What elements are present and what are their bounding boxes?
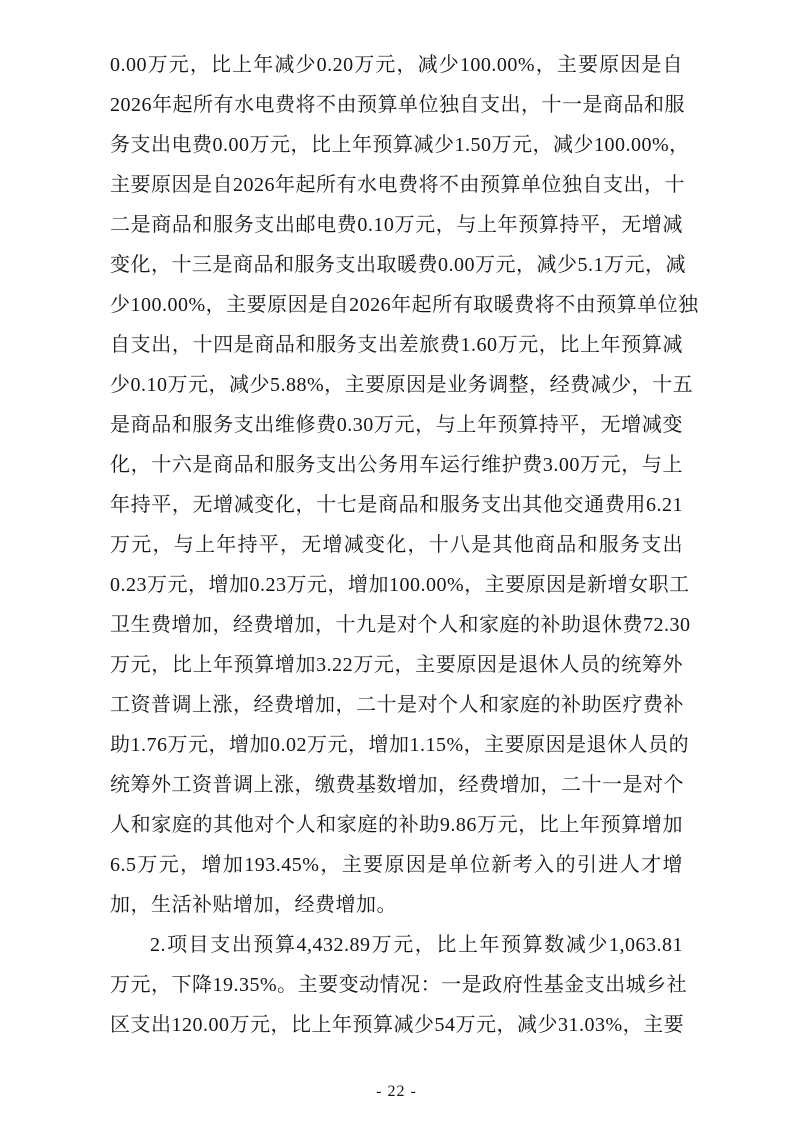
text-line: 2.项目支出预算4,432.89万元，比上年预算数减少1,063.81	[110, 925, 683, 965]
page-footer: - 22 -	[0, 1082, 793, 1102]
text-line: 万元，比上年预算增加3.22万元，主要原因是退休人员的统筹外	[110, 645, 683, 685]
text-line: 卫生费增加，经费增加，十九是对个人和家庭的补助退休费72.30	[110, 605, 683, 645]
text-line: 少100.00%，主要原因是自2026年起所有取暖费将不由预算单位独	[110, 285, 683, 325]
text-line: 0.23万元，增加0.23万元，增加100.00%，主要原因是新增女职工	[110, 565, 683, 605]
document-page: 0.00万元，比上年减少0.20万元，减少100.00%，主要原因是自2026年…	[0, 0, 793, 1122]
document-body: 0.00万元，比上年减少0.20万元，减少100.00%，主要原因是自2026年…	[110, 45, 683, 1045]
text-line: 主要原因是自2026年起所有水电费将不由预算单位独自支出，十	[110, 165, 683, 205]
text-line: 少0.10万元，减少5.88%，主要原因是业务调整，经费减少，十五	[110, 365, 683, 405]
text-line: 万元，下降19.35%。主要变动情况：一是政府性基金支出城乡社	[110, 965, 683, 1005]
text-line: 是商品和服务支出维修费0.30万元，与上年预算持平，无增减变	[110, 405, 683, 445]
text-line: 0.00万元，比上年减少0.20万元，减少100.00%，主要原因是自	[110, 45, 683, 85]
text-line: 务支出电费0.00万元，比上年预算减少1.50万元，减少100.00%，	[110, 125, 683, 165]
text-line: 区支出120.00万元，比上年预算减少54万元，减少31.03%，主要	[110, 1005, 683, 1045]
text-line: 年持平，无增减变化，十七是商品和服务支出其他交通费用6.21	[110, 485, 683, 525]
text-line: 人和家庭的其他对个人和家庭的补助9.86万元，比上年预算增加	[110, 805, 683, 845]
text-line: 工资普调上涨，经费增加，二十是对个人和家庭的补助医疗费补	[110, 685, 683, 725]
text-line: 6.5万元，增加193.45%，主要原因是单位新考入的引进人才增	[110, 845, 683, 885]
text-line: 万元，与上年持平，无增减变化，十八是其他商品和服务支出	[110, 525, 683, 565]
text-line: 统筹外工资普调上涨，缴费基数增加，经费增加，二十一是对个	[110, 765, 683, 805]
text-line: 化，十六是商品和服务支出公务用车运行维护费3.00万元，与上	[110, 445, 683, 485]
text-line: 加，生活补贴增加，经费增加。	[110, 885, 683, 925]
text-line: 自支出，十四是商品和服务支出差旅费1.60万元，比上年预算减	[110, 325, 683, 365]
page-number: - 22 -	[376, 1083, 417, 1100]
text-line: 二是商品和服务支出邮电费0.10万元，与上年预算持平，无增减	[110, 205, 683, 245]
text-line: 2026年起所有水电费将不由预算单位独自支出，十一是商品和服	[110, 85, 683, 125]
text-line: 变化，十三是商品和服务支出取暖费0.00万元，减少5.1万元，减	[110, 245, 683, 285]
text-line: 助1.76万元，增加0.02万元，增加1.15%，主要原因是退休人员的	[110, 725, 683, 765]
